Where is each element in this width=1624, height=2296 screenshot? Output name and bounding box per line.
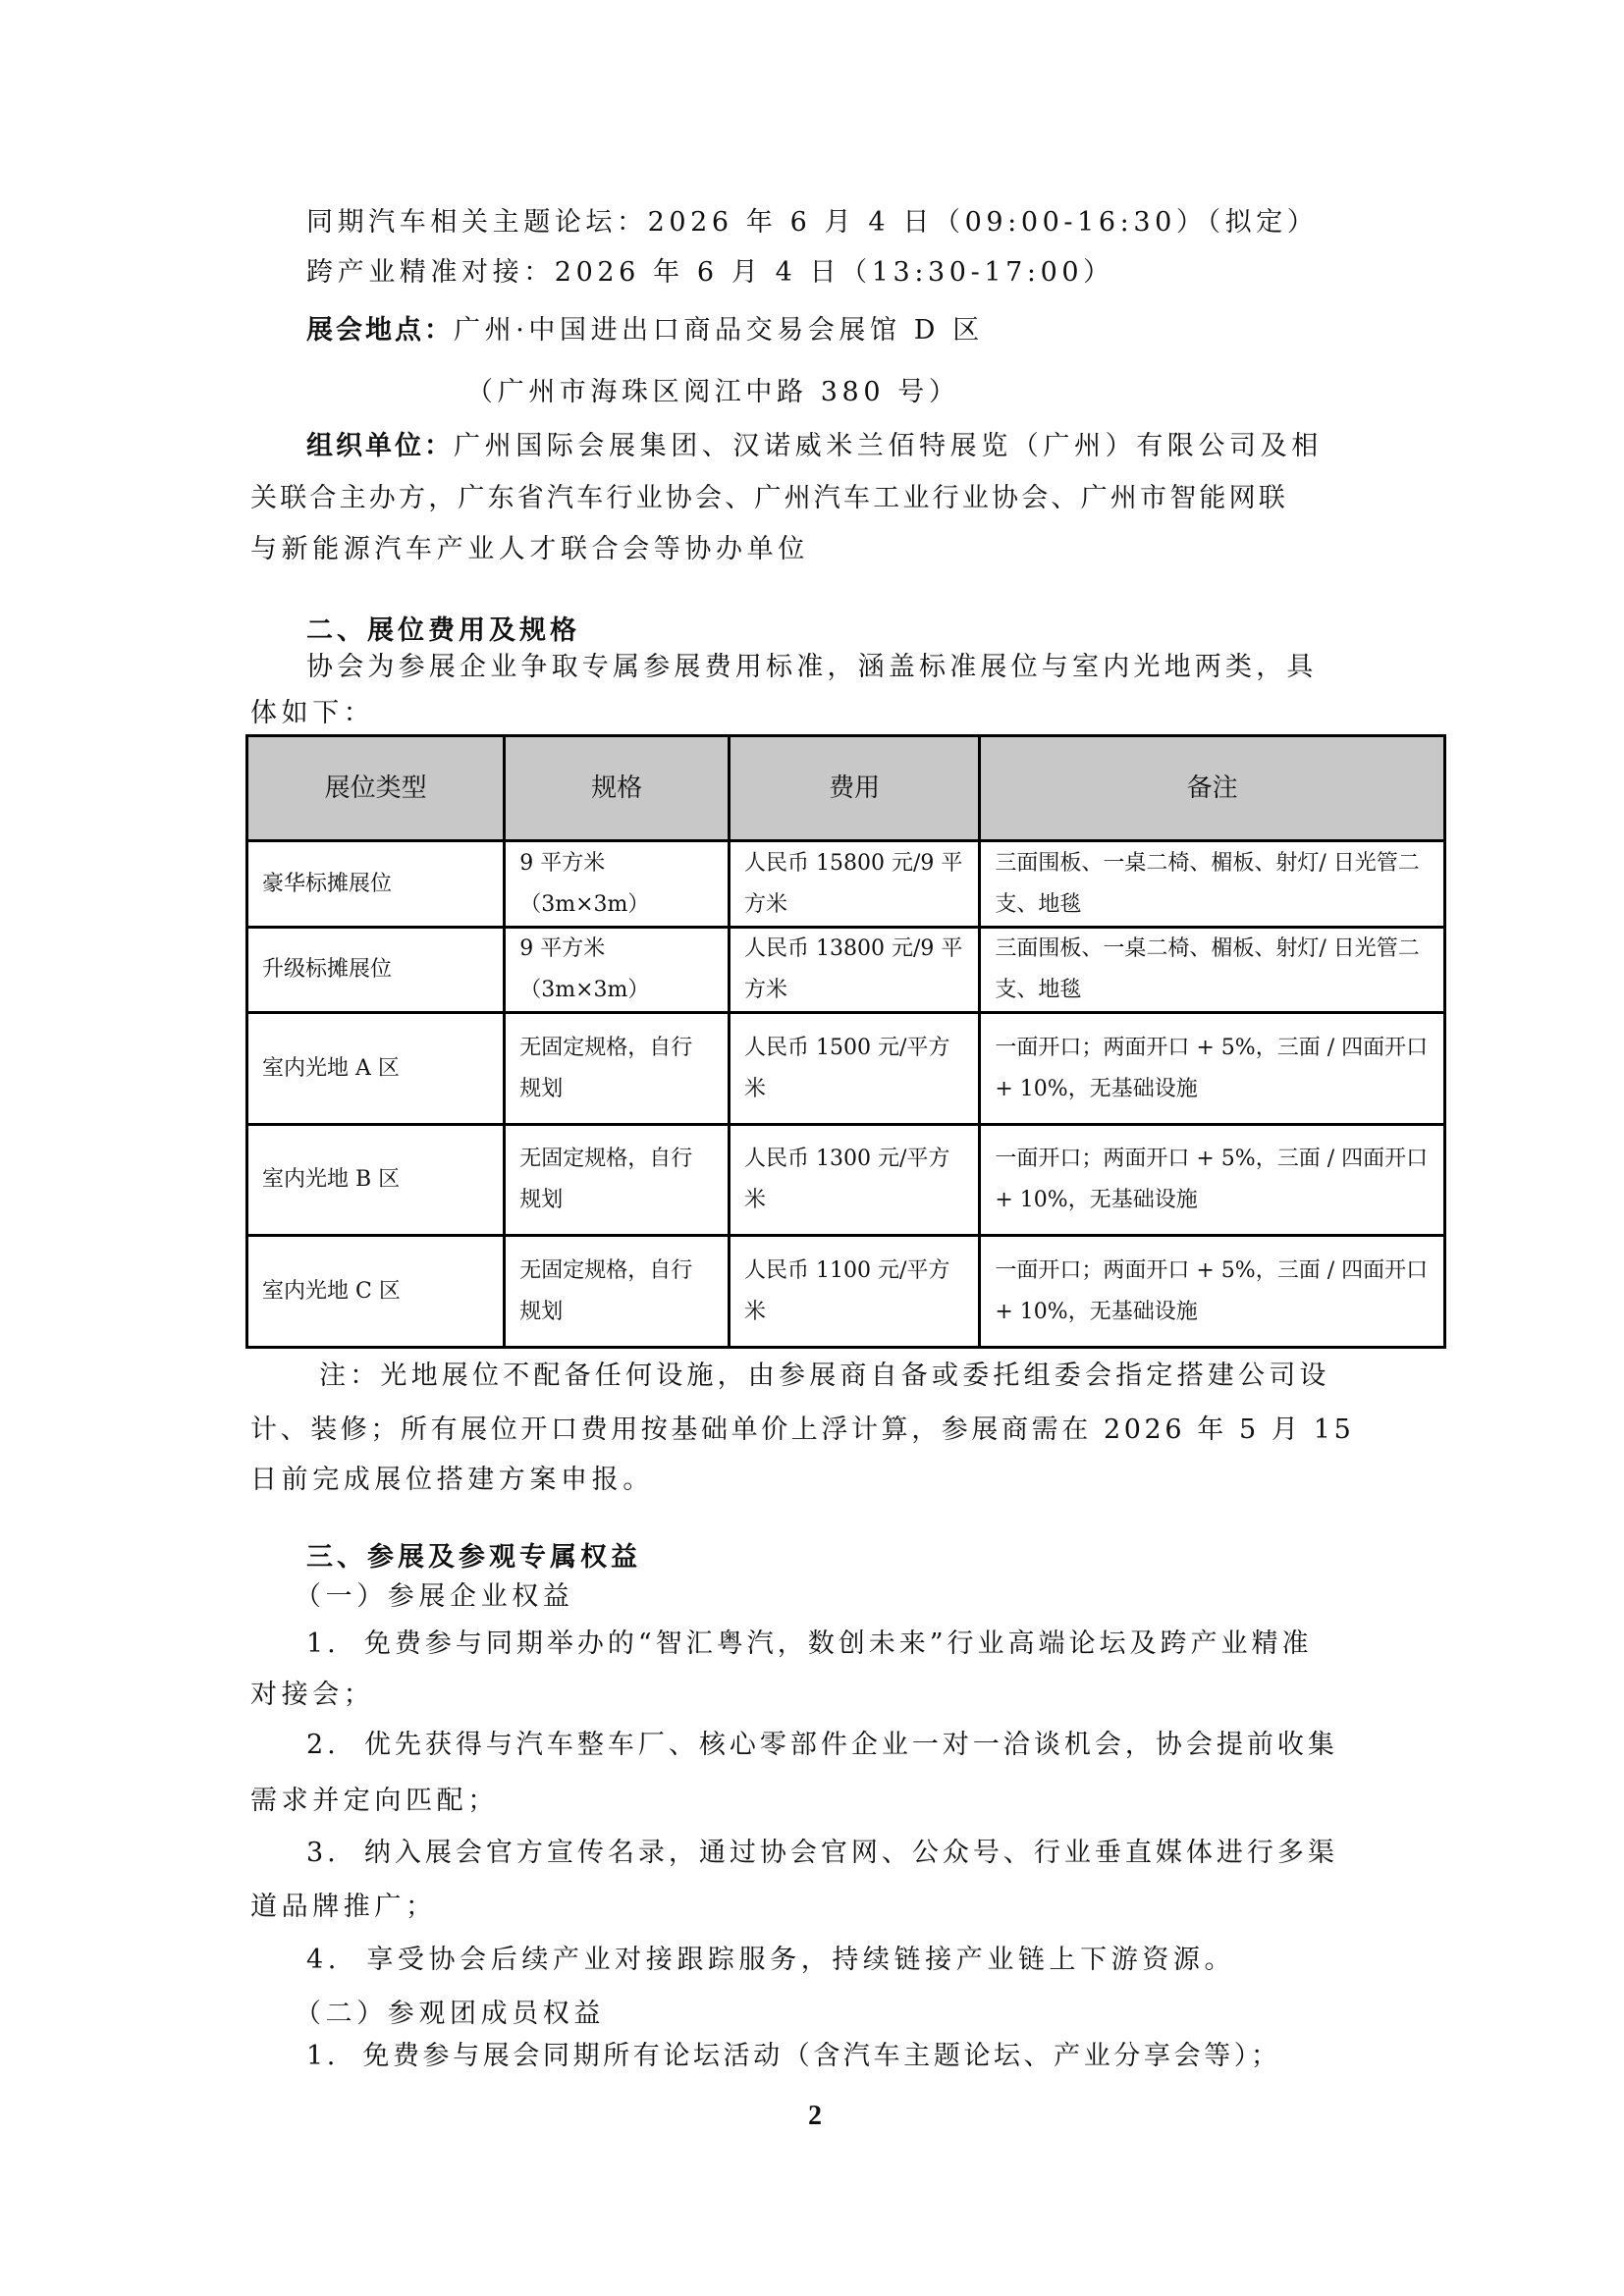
table-row: 豪华标摊展位 9 平方米（3m×3m） 人民币 15800 元/9 平方米 三面…: [247, 841, 1445, 928]
cell-note: 三面围板、一桌二椅、楣板、射灯/ 日光管二支、地毯: [980, 928, 1445, 1013]
matchmaking-schedule-line: 跨产业精准对接：2026 年 6 月 4 日（13:30-17:00）: [306, 253, 1389, 293]
cell-spec: 无固定规格，自行规划: [505, 1236, 730, 1348]
venue-label: 展会地点：: [306, 315, 454, 346]
cell-spec: 9 平方米（3m×3m）: [505, 928, 730, 1013]
cell-spec: 无固定规格，自行规划: [505, 1125, 730, 1236]
section-2-intro-1: 协会为参展企业争取专属参展费用标准，涵盖标准展位与室内光地两类，具: [306, 648, 1389, 687]
visitor-benefit-1-line-1: 1. 免费参与展会同期所有论坛活动（含汽车主题论坛、产业分享会等）；: [306, 2037, 1389, 2076]
cell-note: 三面围板、一桌二椅、楣板、射灯/ 日光管二支、地毯: [980, 841, 1445, 928]
benefit-4-line-1: 4. 享受协会后续产业对接跟踪服务，持续链接产业链上下游资源。: [306, 1941, 1389, 1980]
cell-note: 一面开口；两面开口 + 5%，三面 / 四面开口 + 10%，无基础设施: [980, 1125, 1445, 1236]
cell-booth-type: 室内光地 C 区: [247, 1236, 505, 1348]
benefit-1-line-1: 1. 免费参与同期举办的“智汇粤汽，数创未来”行业高端论坛及跨产业精准: [306, 1625, 1389, 1664]
benefit-3-line-2: 道品牌推广；: [250, 1888, 1389, 1927]
cell-booth-type: 室内光地 A 区: [247, 1013, 505, 1125]
header-fee: 费用: [729, 736, 979, 841]
table-note-line-2: 计、装修；所有展位开口费用按基础单价上浮计算，参展商需在 2026 年 5 月 …: [250, 1411, 1389, 1450]
subsection-2-title: （二）参观团成员权益: [295, 1995, 1434, 2034]
table-row: 室内光地 C 区 无固定规格，自行规划 人民币 1100 元/平方米 一面开口；…: [247, 1236, 1445, 1348]
booth-fee-table: 展位类型 规格 费用 备注 豪华标摊展位 9 平方米（3m×3m） 人民币 15…: [245, 734, 1446, 1349]
table-row: 室内光地 B 区 无固定规格，自行规划 人民币 1300 元/平方米 一面开口；…: [247, 1125, 1445, 1236]
cell-note: 一面开口；两面开口 + 5%，三面 / 四面开口 + 10%，无基础设施: [980, 1013, 1445, 1125]
benefit-3-line-1: 3. 纳入展会官方宣传名录，通过协会官网、公众号、行业垂直媒体进行多渠: [306, 1834, 1389, 1873]
cell-booth-type: 升级标摊展位: [247, 928, 505, 1013]
benefit-2-line-1: 2. 优先获得与汽车整车厂、核心零部件企业一对一洽谈机会，协会提前收集: [306, 1726, 1389, 1765]
venue-value: 广州·中国进出口商品交易会展馆 D 区: [454, 315, 984, 346]
header-spec: 规格: [505, 736, 730, 841]
cell-booth-type: 室内光地 B 区: [247, 1125, 505, 1236]
organizer-line-3: 与新能源汽车产业人才联合会等协办单位: [250, 530, 1389, 569]
section-2-title: 二、展位费用及规格: [306, 612, 1389, 651]
subsection-1-title: （一）参展企业权益: [295, 1577, 1434, 1617]
table-note-line-1: 注：光地展位不配备任何设施，由参展商自备或委托组委会指定搭建公司设: [319, 1357, 1389, 1396]
venue-line: 展会地点：广州·中国进出口商品交易会展馆 D 区: [306, 311, 1389, 350]
table-row: 室内光地 A 区 无固定规格，自行规划 人民币 1500 元/平方米 一面开口；…: [247, 1013, 1445, 1125]
cell-spec: 9 平方米（3m×3m）: [505, 841, 730, 928]
benefit-1-line-2: 对接会；: [250, 1676, 1389, 1715]
section-3-title: 三、参展及参观专属权益: [306, 1538, 1389, 1577]
table-header-row: 展位类型 规格 费用 备注: [247, 736, 1445, 841]
venue-address: （广州市海珠区阅江中路 380 号）: [466, 373, 1252, 412]
header-note: 备注: [980, 736, 1445, 841]
header-booth-type: 展位类型: [247, 736, 505, 841]
cell-note: 一面开口；两面开口 + 5%，三面 / 四面开口 + 10%，无基础设施: [980, 1236, 1445, 1348]
cell-fee: 人民币 1300 元/平方米: [729, 1125, 979, 1236]
cell-fee: 人民币 13800 元/9 平方米: [729, 928, 979, 1013]
table-note-line-3: 日前完成展位搭建方案申报。: [250, 1461, 1389, 1500]
section-2-intro-2: 体如下：: [250, 694, 1389, 733]
cell-booth-type: 豪华标摊展位: [247, 841, 505, 928]
forum-schedule-line: 同期汽车相关主题论坛：2026 年 6 月 4 日（09:00-16:30）（拟…: [306, 203, 1389, 242]
organizer-text-1: 广州国际会展集团、汉诺威米兰佰特展览（广州）有限公司及相: [454, 431, 1323, 461]
organizer-label: 组织单位：: [306, 431, 454, 461]
benefit-2-line-2: 需求并定向匹配；: [250, 1782, 1389, 1821]
organizer-line-1: 组织单位：广州国际会展集团、汉诺威米兰佰特展览（广州）有限公司及相: [306, 427, 1389, 466]
table-row: 升级标摊展位 9 平方米（3m×3m） 人民币 13800 元/9 平方米 三面…: [247, 928, 1445, 1013]
cell-fee: 人民币 1100 元/平方米: [729, 1236, 979, 1348]
cell-spec: 无固定规格，自行规划: [505, 1013, 730, 1125]
page-number: 2: [800, 2101, 830, 2132]
cell-fee: 人民币 15800 元/9 平方米: [729, 841, 979, 928]
organizer-line-2: 关联合主办方，广东省汽车行业协会、广州汽车工业行业协会、广州市智能网联: [250, 479, 1389, 518]
cell-fee: 人民币 1500 元/平方米: [729, 1013, 979, 1125]
